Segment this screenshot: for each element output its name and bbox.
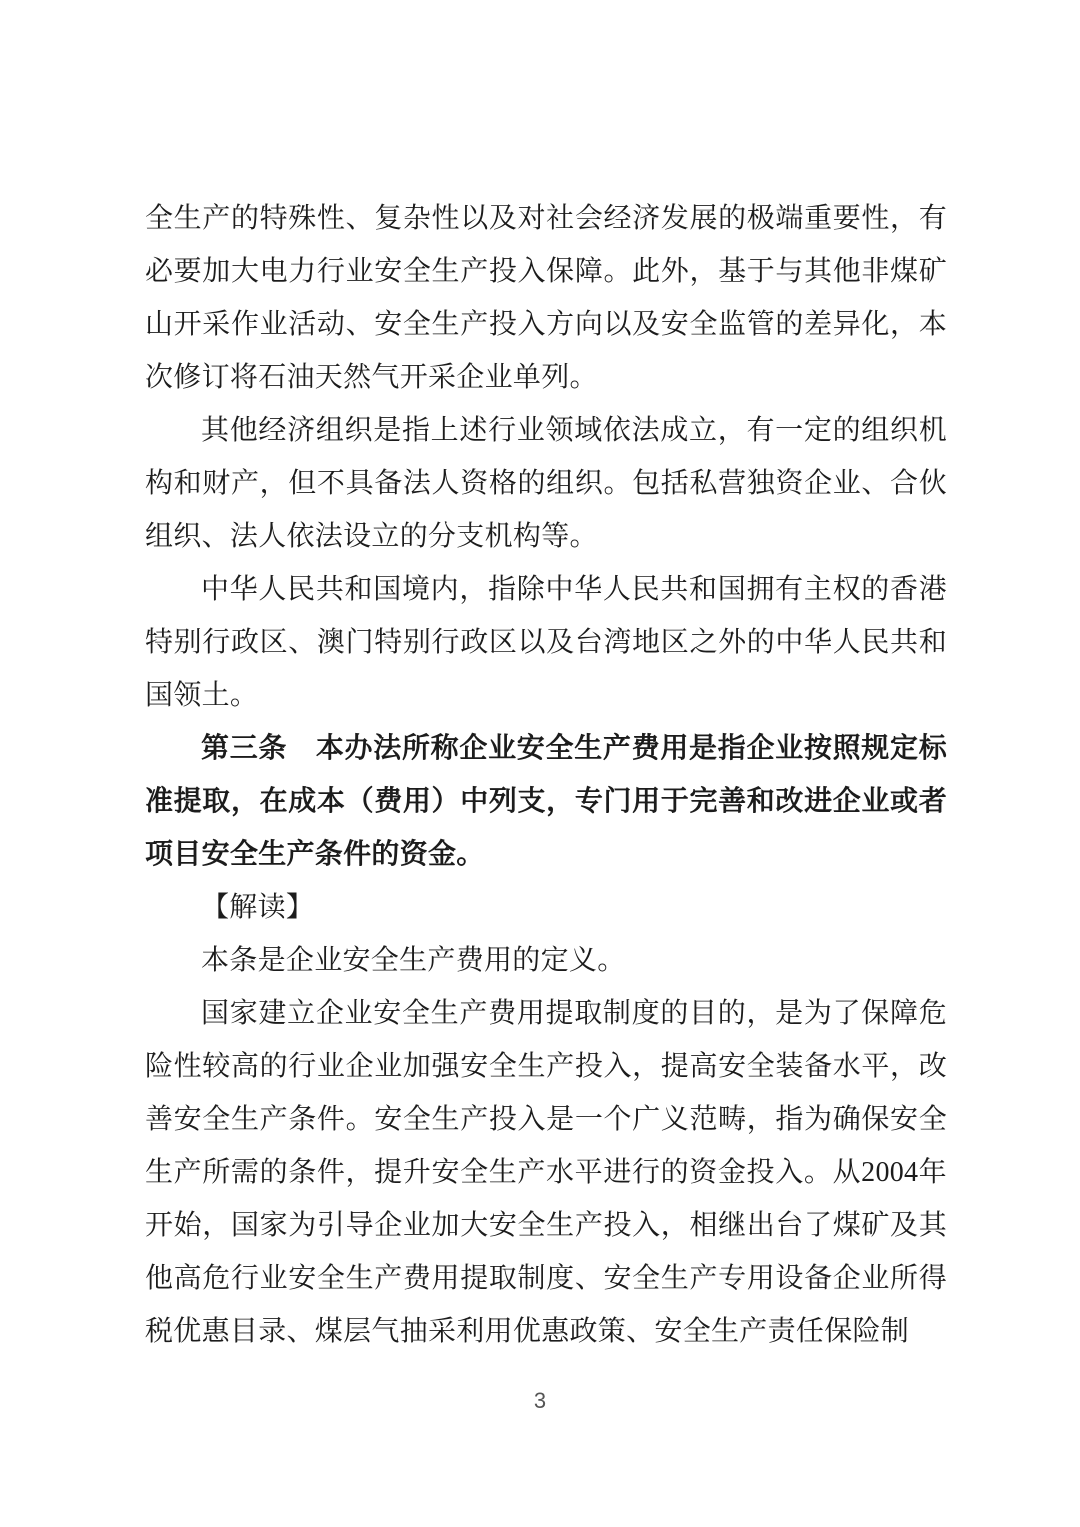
page-footer: 3: [0, 1386, 1080, 1416]
paragraph-other-economic-organizations: 其他经济组织是指上述行业领域依法成立，有一定的组织机构和财产，但不具备法人资格的…: [145, 404, 947, 563]
document-body-text: 全生产的特殊性、复杂性以及对社会经济发展的极端重要性，有必要加大电力行业安全生产…: [145, 192, 947, 1358]
page-number: 3: [534, 1388, 546, 1413]
paragraph-continuation: 全生产的特殊性、复杂性以及对社会经济发展的极端重要性，有必要加大电力行业安全生产…: [145, 192, 947, 404]
paragraph-definition-note: 本条是企业安全生产费用的定义。: [145, 934, 947, 987]
paragraph-national-system-purpose: 国家建立企业安全生产费用提取制度的目的，是为了保障危险性较高的行业企业加强安全生…: [145, 987, 947, 1358]
paragraph-article-3: 第三条 本办法所称企业安全生产费用是指企业按照规定标准提取，在成本（费用）中列支…: [145, 722, 947, 881]
document-page: 全生产的特殊性、复杂性以及对社会经济发展的极端重要性，有必要加大电力行业安全生产…: [0, 0, 1080, 1527]
paragraph-prc-territory: 中华人民共和国境内，指除中华人民共和国拥有主权的香港特别行政区、澳门特别行政区以…: [145, 563, 947, 722]
paragraph-interpretation-heading: 【解读】: [145, 881, 947, 934]
